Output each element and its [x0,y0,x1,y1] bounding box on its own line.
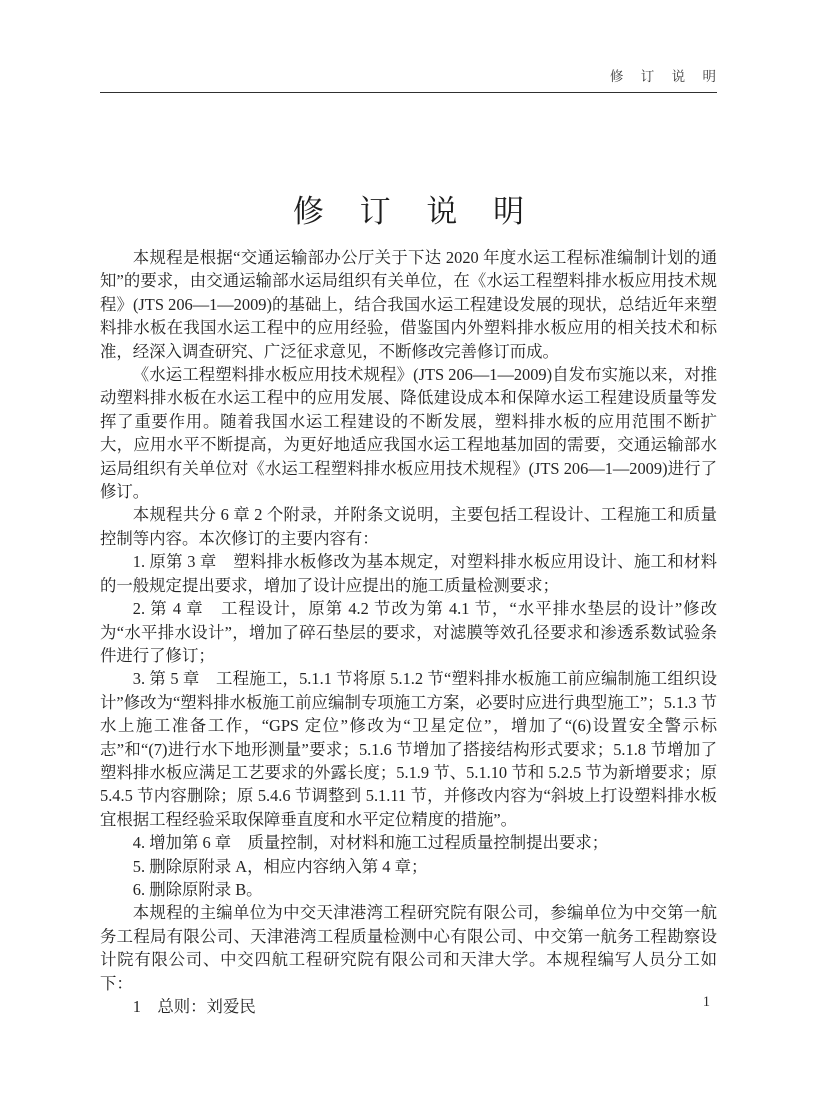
page-number: 1 [703,994,710,1011]
list-item: 5. 删除原附录 A，相应内容纳入第 4 章； [100,855,717,878]
paragraph: 本规程共分 6 章 2 个附录，并附条文说明，主要包括工程设计、工程施工和质量控… [100,503,717,550]
document-body: 本规程是根据“交通运输部办公厅关于下达 2020 年度水运工程标准编制计划的通知… [100,246,717,1018]
list-item: 2. 第 4 章 工程设计，原第 4.2 节改为第 4.1 节，“水平排水垫层的… [100,597,717,667]
paragraph: 本规程的主编单位为中交天津港湾工程研究院有限公司，参编单位为中交第一航务工程局有… [100,901,717,995]
paragraph: 1 总则：刘爱民 [100,995,717,1018]
list-item: 4. 增加第 6 章 质量控制，对材料和施工过程质量控制提出要求； [100,831,717,854]
list-item: 6. 删除原附录 B。 [100,878,717,901]
running-header: 修 订 说 明 [610,65,723,85]
list-item: 1. 原第 3 章 塑料排水板修改为基本规定，对塑料排水板应用设计、施工和材料的… [100,550,717,597]
paragraph: 本规程是根据“交通运输部办公厅关于下达 2020 年度水运工程标准编制计划的通知… [100,246,717,363]
header-rule [100,92,717,93]
paragraph: 《水运工程塑料排水板应用技术规程》(JTS 206—1—2009)自发布实施以来… [100,363,717,503]
page-title: 修 订 说 明 [100,186,717,231]
list-item: 3. 第 5 章 工程施工，5.1.1 节将原 5.1.2 节“塑料排水板施工前… [100,667,717,831]
document-page: 修 订 说 明 修 订 说 明 本规程是根据“交通运输部办公厅关于下达 2020… [0,0,817,1101]
